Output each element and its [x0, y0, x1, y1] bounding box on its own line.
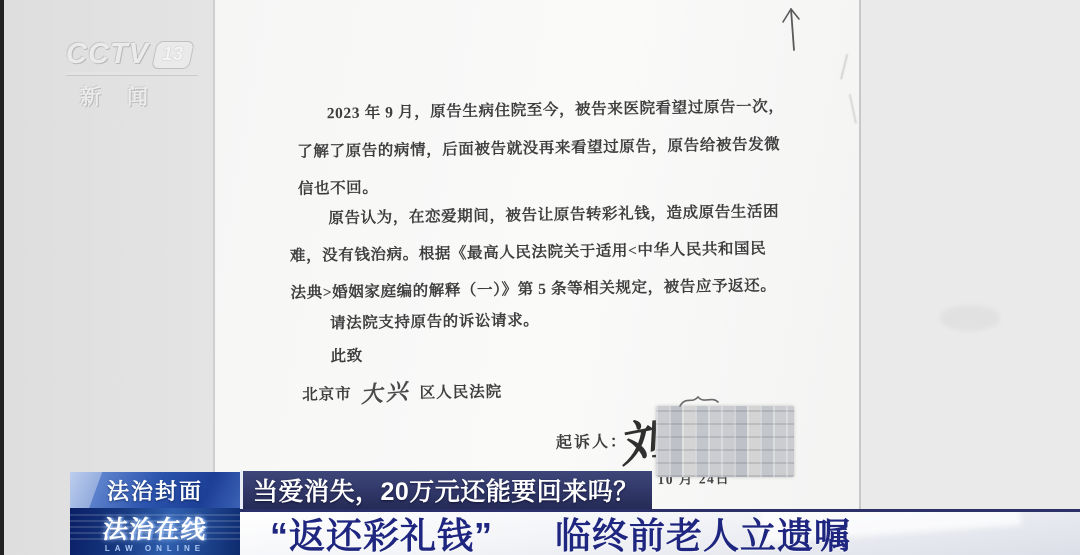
background-right — [861, 0, 1080, 555]
channel-number: 13 — [162, 44, 183, 66]
pixelated-name-censor — [656, 406, 794, 477]
channel-13-badge: 13 — [151, 41, 195, 69]
headline-banner: “返还彩礼钱” 临终前老人立遗嘱 — [240, 509, 1080, 555]
program-badge-fazhi-fengmian: 法治封面 — [70, 472, 240, 508]
complaint-line: 请法院支持原告的诉讼请求。 — [330, 308, 540, 333]
cctv-news-label: 新闻 — [80, 81, 216, 111]
court-city: 北京市 — [302, 386, 352, 404]
program-logo-fazhi-zaixian: 法治在线 LAW ONLINE — [70, 508, 240, 555]
complaint-line: 了解了原告的病情，后面被告就没再来看望过原告，原告给被告发微 — [297, 132, 780, 162]
program-badge-label: 法治封面 — [107, 475, 203, 506]
tv-news-frame: CCTV 13 新闻 2023 年 9 月，原告生病住院至今，被告来医院看望过原… — [0, 0, 1080, 555]
topic-banner-text: 当爱消失，20万元还能要回来吗？ — [253, 472, 639, 508]
complaint-closing: 此致 — [330, 344, 363, 367]
complaint-line: 法典>婚姻家庭编的解释（一）》第 5 条等相关规定，被告应予返还。 — [290, 273, 776, 303]
cctv13-watermark-logo: CCTV 13 新闻 — [66, 38, 216, 111]
court-address-line: 北京市大兴区人民法院 — [302, 373, 503, 407]
complaint-line: 原告认为，在恋爱期间，被告让原告转彩礼钱，造成原告生活困 — [328, 199, 779, 228]
handwriting-above-censor — [676, 392, 722, 410]
cctv-logo-underline — [66, 72, 198, 75]
complaint-line: 难，没有钱治病。根据《最高人民法院关于适用<中华人民共和国民 — [290, 236, 767, 265]
complaint-line: 信也不回。 — [298, 175, 379, 198]
program-logo-en: LAW ONLINE — [70, 544, 240, 553]
court-name: 区人民法院 — [420, 384, 503, 402]
cctv-logo-row: CCTV 13 — [66, 38, 216, 71]
topic-banner: 当爱消失，20万元还能要回来吗？ — [240, 471, 652, 509]
handwritten-district: 大兴 — [359, 374, 411, 409]
headline-rest: 临终前老人立遗嘱 — [555, 509, 851, 555]
cctv-logo-text: CCTV — [66, 38, 149, 71]
complaint-line: 2023 年 9 月，原告生病住院至今，被告来医院看望过原告一次， — [327, 94, 785, 123]
headline-quote: “返还彩礼钱” — [270, 509, 493, 555]
program-logo-zh: 法治在线 — [101, 510, 209, 546]
paper-smudge — [940, 305, 1000, 331]
